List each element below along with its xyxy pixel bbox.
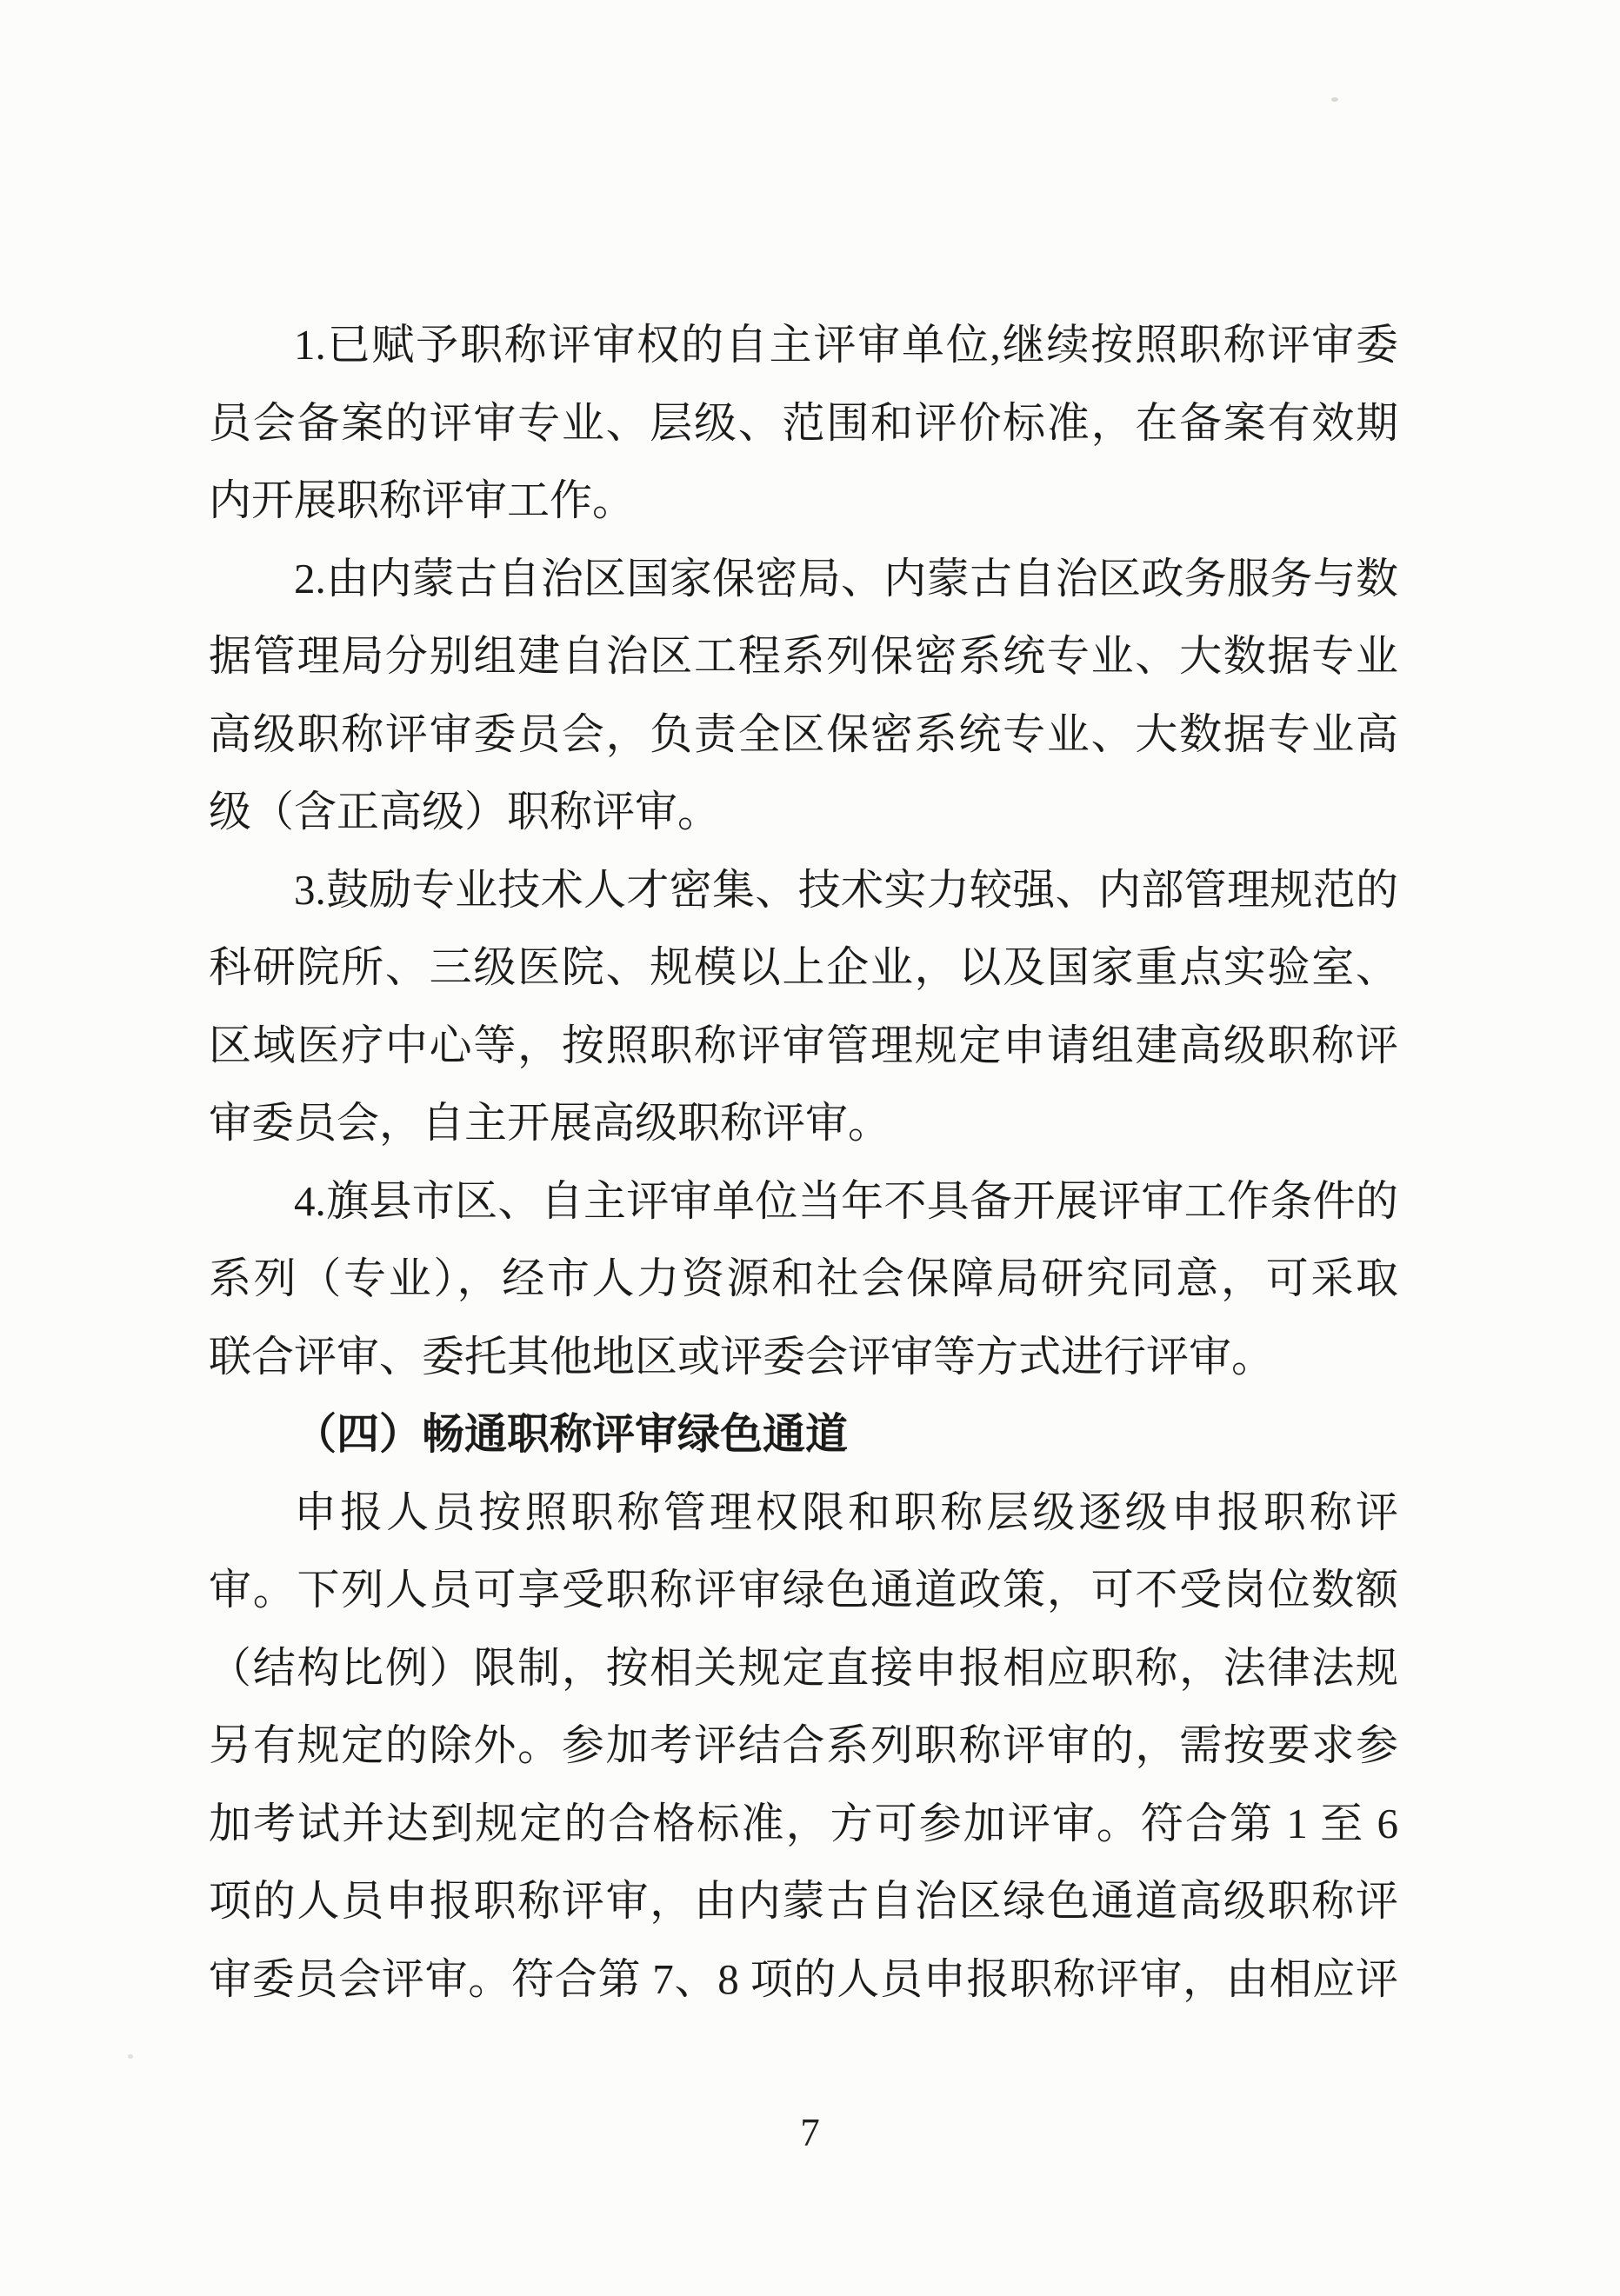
paragraph-1-line-2: 员会备案的评审专业、层级、范围和评价标准，在备案有效期	[209, 384, 1398, 463]
paragraph-1-line-1: 1.已赋予职称评审权的自主评审单位,继续按照职称评审委	[209, 306, 1398, 384]
section-heading: （四）畅通职称评审绿色通道	[209, 1395, 1398, 1474]
paragraph-3-line-2: 科研院所、三级医院、规模以上企业，以及国家重点实验室、	[209, 928, 1398, 1007]
scan-speck	[1331, 97, 1338, 102]
paragraph-5-line-1: 申报人员按照职称管理权限和职称层级逐级申报职称评	[209, 1474, 1398, 1552]
document-body: 1.已赋予职称评审权的自主评审单位,继续按照职称评审委 员会备案的评审专业、层级…	[209, 306, 1398, 2018]
paragraph-5-line-2: 审。下列人员可享受职称评审绿色通道政策，可不受岗位数额	[209, 1551, 1398, 1629]
paragraph-4-line-1: 4.旗县市区、自主评审单位当年不具备开展评审工作条件的	[209, 1162, 1398, 1241]
paragraph-4-line-3: 联合评审、委托其他地区或评委会评审等方式进行评审。	[209, 1318, 1398, 1396]
paragraph-5-line-5: 加考试并达到规定的合格标准，方可参加评审。符合第 1 至 6	[209, 1785, 1398, 1863]
paragraph-3-line-4: 审委员会，自主开展高级职称评审。	[209, 1084, 1398, 1162]
paragraph-2-line-3: 高级职称评审委员会，负责全区保密系统专业、大数据专业高	[209, 695, 1398, 774]
paragraph-1-line-3: 内开展职称评审工作。	[209, 462, 1398, 540]
paragraph-5-line-6: 项的人员申报职称评审，由内蒙古自治区绿色通道高级职称评	[209, 1862, 1398, 1940]
page-number: 7	[0, 2111, 1620, 2154]
paragraph-3-line-1: 3.鼓励专业技术人才密集、技术实力较强、内部管理规范的	[209, 851, 1398, 929]
paragraph-2-line-1: 2.由内蒙古自治区国家保密局、内蒙古自治区政务服务与数	[209, 540, 1398, 618]
paragraph-5-line-3: （结构比例）限制，按相关规定直接申报相应职称，法律法规	[209, 1629, 1398, 1707]
paragraph-3-line-3: 区域医疗中心等，按照职称评审管理规定申请组建高级职称评	[209, 1007, 1398, 1085]
paragraph-5-line-4: 另有规定的除外。参加考评结合系列职称评审的，需按要求参	[209, 1707, 1398, 1785]
paragraph-2-line-2: 据管理局分别组建自治区工程系列保密系统专业、大数据专业	[209, 617, 1398, 695]
document-page: 1.已赋予职称评审权的自主评审单位,继续按照职称评审委 员会备案的评审专业、层级…	[0, 0, 1620, 2296]
scan-speck	[128, 2054, 133, 2059]
paragraph-4-line-2: 系列（专业），经市人力资源和社会保障局研究同意，可采取	[209, 1240, 1398, 1318]
paragraph-5-line-7: 审委员会评审。符合第 7、8 项的人员申报职称评审，由相应评	[209, 1940, 1398, 2019]
paragraph-2-line-4: 级（含正高级）职称评审。	[209, 773, 1398, 851]
